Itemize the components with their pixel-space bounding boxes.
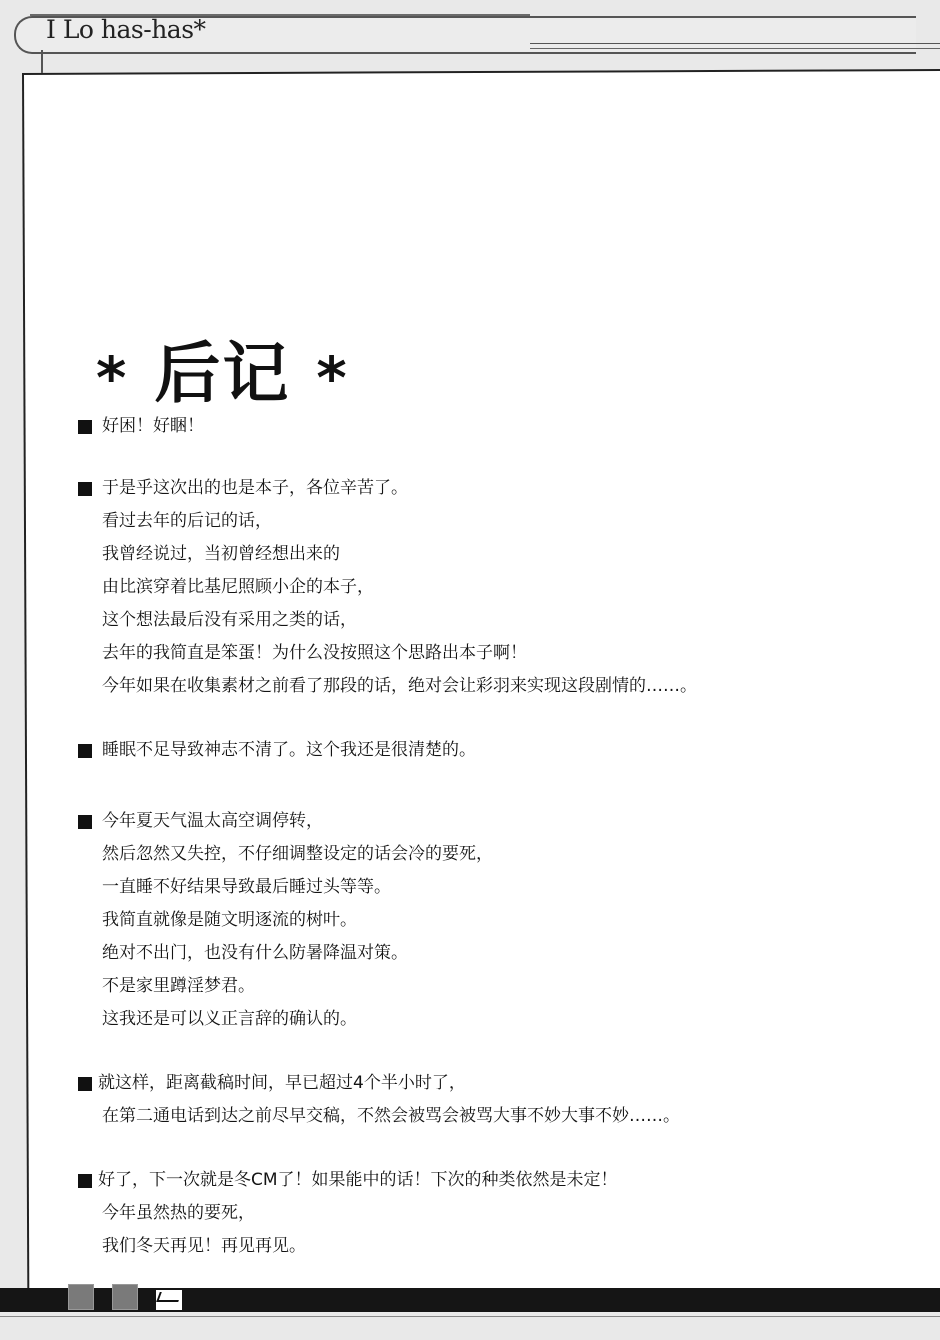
paragraph: 今年夏天气温太高空调停转， 然后忽然又失控，不仔细调整设定的话会冷的要死， 一直… (78, 805, 898, 1036)
paragraph: 于是乎这次出的也是本子，各位辛苦了。 看过去年的后记的话， 我曾经说过，当初曾经… (78, 472, 898, 703)
square-bullet-icon (78, 420, 92, 434)
paragraph-line: 今年夏天气温太高空调停转， (102, 805, 323, 838)
paragraph-line: 我们冬天再见！再见再见。 (78, 1230, 898, 1263)
square-bullet-icon (78, 815, 92, 829)
paragraph-line: 今年虽然热的要死， (78, 1197, 898, 1230)
paragraph-line: 今年如果在收集素材之前看了那段的话，绝对会让彩羽来实现这段剧情的……。 (78, 670, 898, 703)
paragraph-line: 这我还是可以义正言辞的确认的。 (78, 1003, 898, 1036)
paragraph-line: 一直睡不好结果导致最后睡过头等等。 (78, 871, 898, 904)
paragraph: 好了，下一次就是冬CM了！如果能中的话！下次的种类依然是未定！ 今年虽然热的要死… (78, 1164, 898, 1263)
paragraph-line: 不是家里蹲淫梦君。 (78, 970, 898, 1003)
paragraph-line: 我曾经说过，当初曾经想出来的 (78, 538, 898, 571)
header-divider (41, 50, 43, 74)
header-rule (530, 43, 940, 44)
paragraph: 睡眠不足导致神志不清了。这个我还是很清楚的。 (78, 734, 898, 767)
paragraph-line: 这个想法最后没有采用之类的话， (78, 604, 898, 637)
paragraph-line: 好了，下一次就是冬CM了！如果能中的话！下次的种类依然是未定！ (98, 1164, 618, 1197)
paragraph-line: 由比滨穿着比基尼照顾小企的本子， (78, 571, 898, 604)
footer-icons (68, 1284, 182, 1310)
paragraph: 就这样，距离截稿时间，早已超过4个半小时了， 在第二通电话到达之前尽早交稿，不然… (78, 1067, 898, 1133)
square-bullet-icon (78, 744, 92, 758)
asterisk-icon: * (316, 344, 348, 412)
paragraph: 好困！好睏！ (78, 410, 898, 443)
square-bullet-icon (78, 482, 92, 496)
thumbnail-icon (68, 1284, 94, 1310)
paragraph-line: 我简直就像是随文明逐流的树叶。 (78, 904, 898, 937)
paragraph-line: 绝对不出门，也没有什么防暑降温对策。 (78, 937, 898, 970)
page-title-text: 后记 (154, 335, 290, 412)
paragraph-line: 去年的我简直是笨蛋！为什么没按照这个思路出本子啊！ (78, 637, 898, 670)
header-title: I Lo has-has* (46, 15, 206, 44)
thumbnail-icon (112, 1284, 138, 1310)
mail-icon (156, 1290, 182, 1310)
footer-rule (0, 1316, 940, 1317)
paragraph-line: 就这样，距离截稿时间，早已超过4个半小时了， (98, 1067, 466, 1100)
square-bullet-icon (78, 1077, 92, 1091)
square-bullet-icon (78, 1174, 92, 1188)
header-rule (530, 48, 940, 49)
page-title: *后记* (96, 320, 349, 415)
paragraph-line: 好困！好睏！ (102, 410, 204, 443)
paragraph-line: 在第二通电话到达之前尽早交稿，不然会被骂会被骂大事不妙大事不妙……。 (78, 1100, 898, 1133)
paragraph-line: 于是乎这次出的也是本子，各位辛苦了。 (102, 472, 408, 505)
paragraph-line: 看过去年的后记的话， (78, 505, 898, 538)
paragraph-line: 然后忽然又失控，不仔细调整设定的话会冷的要死， (78, 838, 898, 871)
afterword-body: 好困！好睏！ 于是乎这次出的也是本子，各位辛苦了。 看过去年的后记的话， 我曾经… (78, 410, 898, 1294)
paragraph-line: 睡眠不足导致神志不清了。这个我还是很清楚的。 (102, 734, 476, 767)
asterisk-icon: * (96, 344, 128, 412)
